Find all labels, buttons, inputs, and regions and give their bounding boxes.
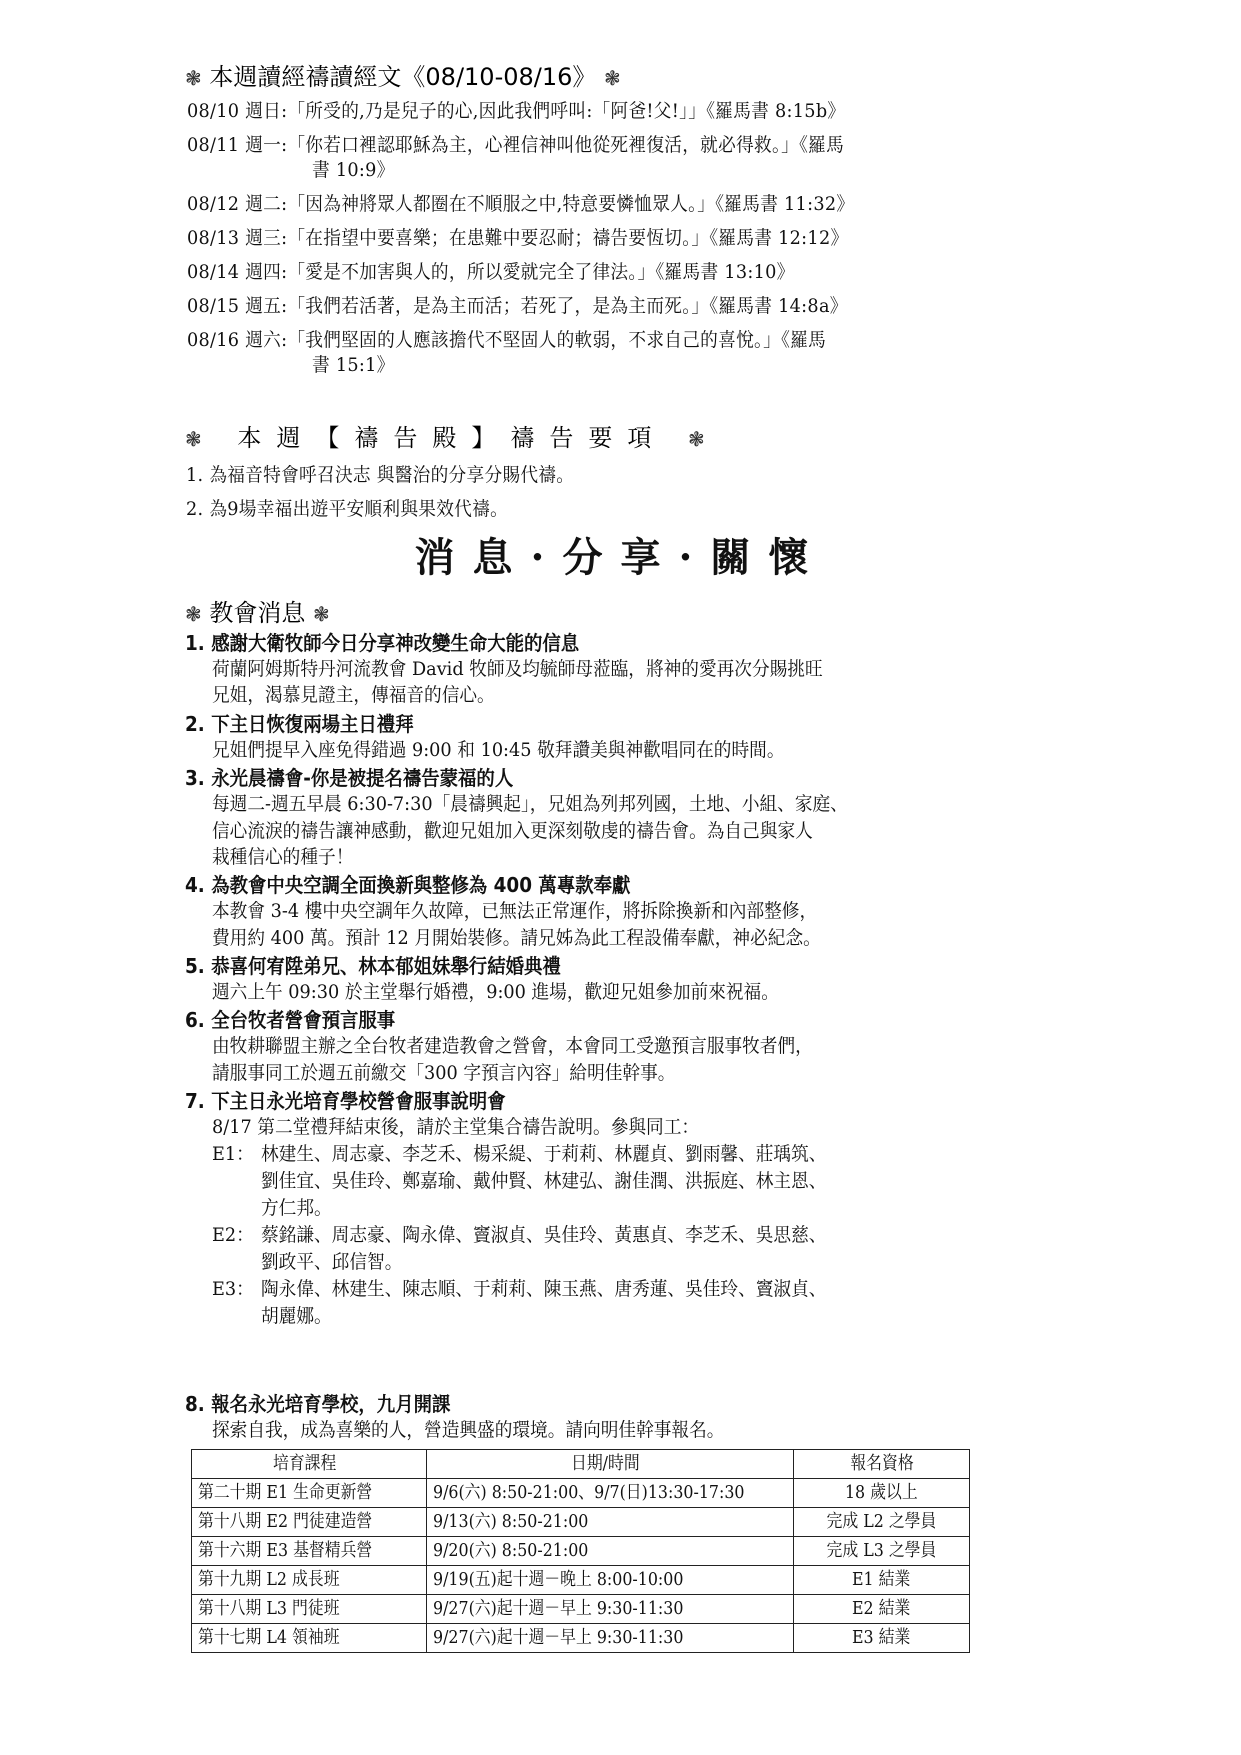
column-header: 培育課程 [192, 1450, 427, 1479]
news-item-heading: 3. 永光晨禱會-你是被提名禱告蒙福的人 [185, 765, 513, 791]
flower-icon: ❃ [185, 427, 202, 451]
course-name: 第二十期 E1 生命更新營 [198, 1479, 372, 1507]
news-item-body: 費用約 400 萬。預計 12 月開始裝修。請兄姊為此工程設備奉獻，神必紀念。 [212, 926, 821, 950]
news-item-body: 請服事同工於週五前繳交「300 字預言內容」給明佳幹事。 [212, 1061, 675, 1085]
course-schedule: 9/6(六) 8:50-21:00、9/7(日)13:30-17:30 [433, 1479, 744, 1507]
table-row: 第二十期 E1 生命更新營 9/6(六) 8:50-21:00、9/7(日)13… [192, 1479, 970, 1508]
group-label: E1： [212, 1142, 254, 1166]
table-row: 第十九期 L2 成長班 9/19(五)起十週－晚上 8:00-10:00 E1 … [192, 1566, 970, 1595]
news-item-body: 本教會 3-4 樓中央空調年久故障，已無法正常運作，將拆除換新和內部整修， [212, 899, 817, 923]
course-eligibility: 完成 L3 之學員 [827, 1537, 937, 1565]
course-schedule: 9/27(六)起十週－早上 9:30-11:30 [433, 1624, 683, 1652]
news-item-body: 荷蘭阿姆斯特丹河流教會 David 牧師及均毓師母蒞臨，將神的愛再次分賜挑旺 [212, 657, 823, 681]
prayer-item: 2. 為9場幸福出遊平安順利與果效代禱。 [186, 497, 508, 521]
course-schedule: 9/19(五)起十週－晚上 8:00-10:00 [433, 1566, 683, 1594]
course-eligibility: E1 結業 [852, 1566, 910, 1594]
news-item-body: 兄姐，渴慕見證主，傳福音的信心。 [212, 683, 495, 707]
course-schedule: 9/13(六) 8:50-21:00 [433, 1508, 588, 1536]
reading-entry: 08/16 週六:「我們堅固的人應該擔代不堅固人的軟弱，不求自己的喜悅。」《羅馬 [187, 328, 826, 352]
news-item-heading: 7. 下主日永光培育學校營會服事說明會 [185, 1088, 506, 1114]
prayer-item: 1. 為福音特會呼召決志 與醫治的分享分賜代禱。 [186, 463, 574, 487]
reading-entry-cont: 書 10:9》 [312, 158, 395, 182]
table-row: 第十七期 L4 領袖班 9/27(六)起十週－早上 9:30-11:30 E3 … [192, 1624, 970, 1653]
course-name: 第十九期 L2 成長班 [198, 1566, 340, 1594]
courses-table: 培育課程 日期/時間 報名資格 第二十期 E1 生命更新營 9/6(六) 8:5… [191, 1449, 970, 1653]
group-members: 劉佳宜、吳佳玲、鄭嘉瑜、戴仲賢、林建弘、謝佳潤、洪振庭、林主恩、 [261, 1169, 826, 1193]
news-item-heading: 5. 恭喜何宥陞弟兄、林本郁姐妹舉行結婚典禮 [185, 953, 561, 979]
prayer-section-title: ❃ 本週【禱告殿】禱告要項 ❃ [185, 423, 705, 454]
group-members: 方仁邦。 [261, 1196, 332, 1220]
flower-icon: ❃ [604, 66, 621, 90]
table-header-row: 培育課程 日期/時間 報名資格 [192, 1450, 970, 1479]
flower-icon: ❃ [185, 66, 202, 90]
flower-icon: ❃ [185, 602, 202, 626]
news-item-heading: 4. 為教會中央空調全面換新與整修為 400 萬專款奉獻 [185, 872, 630, 898]
news-item-body: 由牧耕聯盟主辦之全台牧者建造教會之營會，本會同工受邀預言服事牧者們， [212, 1034, 813, 1058]
news-item-heading: 6. 全台牧者營會預言服事 [185, 1007, 395, 1033]
table-row: 第十六期 E3 基督精兵營 9/20(六) 8:50-21:00 完成 L3 之… [192, 1537, 970, 1566]
reading-entry: 08/11 週一:「你若口裡認耶穌為主，心裡信神叫他從死裡復活，就必得救。」《羅… [187, 133, 844, 157]
bulletin-page: ❃ 本週讀經禱讀經文《08/10-08/16》 ❃ 08/10 週日:「所受的,… [0, 0, 1241, 1755]
column-header: 報名資格 [794, 1450, 970, 1479]
prayer-title: 本週【禱告殿】禱告要項 [237, 424, 666, 452]
reading-entry-cont: 書 15:1》 [312, 353, 395, 377]
reading-entry: 08/13 週三:「在指望中要喜樂；在患難中要忍耐；禱告要恆切。」《羅馬書 12… [187, 226, 848, 250]
news-item-heading: 1. 感謝大衛牧師今日分享神改變生命大能的信息 [185, 630, 579, 656]
course-eligibility: E2 結業 [852, 1595, 910, 1623]
news-item-body: 兄姐們提早入座免得錯過 9:00 和 10:45 敬拜讚美與神歡唱同在的時間。 [212, 738, 785, 762]
news-title: 教會消息 [209, 599, 305, 627]
news-item-heading: 2. 下主日恢復兩場主日禮拜 [185, 711, 414, 737]
news-item-body: 栽種信心的種子！ [212, 845, 353, 869]
course-schedule: 9/20(六) 8:50-21:00 [433, 1537, 588, 1565]
course-name: 第十六期 E3 基督精兵營 [198, 1537, 372, 1565]
reading-entry: 08/15 週五:「我們若活著，是為主而活；若死了，是為主而死。」《羅馬書 14… [187, 294, 848, 318]
news-item-body: 信心流淚的禱告讓神感動，歡迎兄姐加入更深刻敬虔的禱告會。為自己與家人 [212, 819, 813, 843]
course-eligibility: 18 歲以上 [845, 1479, 918, 1507]
course-name: 第十七期 L4 領袖班 [198, 1624, 340, 1652]
reading-title: 本週讀經禱讀經文《08/10-08/16》 [209, 63, 596, 91]
group-members: 劉政平、邱信智。 [261, 1250, 402, 1274]
course-name: 第十八期 L3 門徒班 [198, 1595, 340, 1623]
table-row: 第十八期 E2 門徒建造營 9/13(六) 8:50-21:00 完成 L2 之… [192, 1508, 970, 1537]
group-label: E3： [212, 1277, 254, 1301]
group-members: 林建生、周志豪、李芝禾、楊采緹、于莉莉、林麗貞、劉雨馨、莊瑀筑、 [261, 1142, 826, 1166]
reading-entry: 08/10 週日:「所受的,乃是兒子的心,因此我們呼叫:「阿爸!父!」」《羅馬書… [187, 99, 845, 123]
news-item-body: 週六上午 09:30 於主堂舉行婚禮，9:00 進場，歡迎兄姐參加前來祝福。 [212, 980, 779, 1004]
table-row: 第十八期 L3 門徒班 9/27(六)起十週－早上 9:30-11:30 E2 … [192, 1595, 970, 1624]
flower-icon: ❃ [688, 427, 705, 451]
column-header: 日期/時間 [427, 1450, 794, 1479]
group-label: E2： [212, 1223, 254, 1247]
news-item-body: 8/17 第二堂禮拜結束後，請於主堂集合禱告說明。參與同工： [212, 1115, 699, 1139]
reading-entry: 08/14 週四:「愛是不加害與人的，所以愛就完全了律法。」《羅馬書 13:10… [187, 260, 795, 284]
course-eligibility: 完成 L2 之學員 [827, 1508, 937, 1536]
news-item-body: 每週二-週五早晨 6:30-7:30「晨禱興起」，兄姐為列邦列國，土地、小組、家… [212, 792, 848, 816]
news-item-heading: 8. 報名永光培育學校，九月開課 [185, 1391, 450, 1417]
main-title: 消息·分享·關懷 [0, 533, 1241, 583]
news-item-body: 探索自我，成為喜樂的人，營造興盛的環境。請向明佳幹事報名。 [212, 1418, 724, 1442]
course-eligibility: E3 結業 [852, 1624, 910, 1652]
course-schedule: 9/27(六)起十週－早上 9:30-11:30 [433, 1595, 683, 1623]
group-members: 陶永偉、林建生、陳志順、于莉莉、陳玉燕、唐秀蓮、吳佳玲、竇淑貞、 [261, 1277, 826, 1301]
news-section-title: ❃ 教會消息 ❃ [185, 598, 330, 629]
reading-entry: 08/12 週二:「因為神將眾人都圈在不順服之中,特意要憐恤眾人。」《羅馬書 1… [187, 192, 854, 216]
reading-section-title: ❃ 本週讀經禱讀經文《08/10-08/16》 ❃ [185, 62, 621, 93]
course-name: 第十八期 E2 門徒建造營 [198, 1508, 372, 1536]
group-members: 胡麗娜。 [261, 1304, 332, 1328]
flower-icon: ❃ [313, 602, 330, 626]
group-members: 蔡銘謙、周志豪、陶永偉、竇淑貞、吳佳玲、黃惠貞、李芝禾、吳思慈、 [261, 1223, 826, 1247]
